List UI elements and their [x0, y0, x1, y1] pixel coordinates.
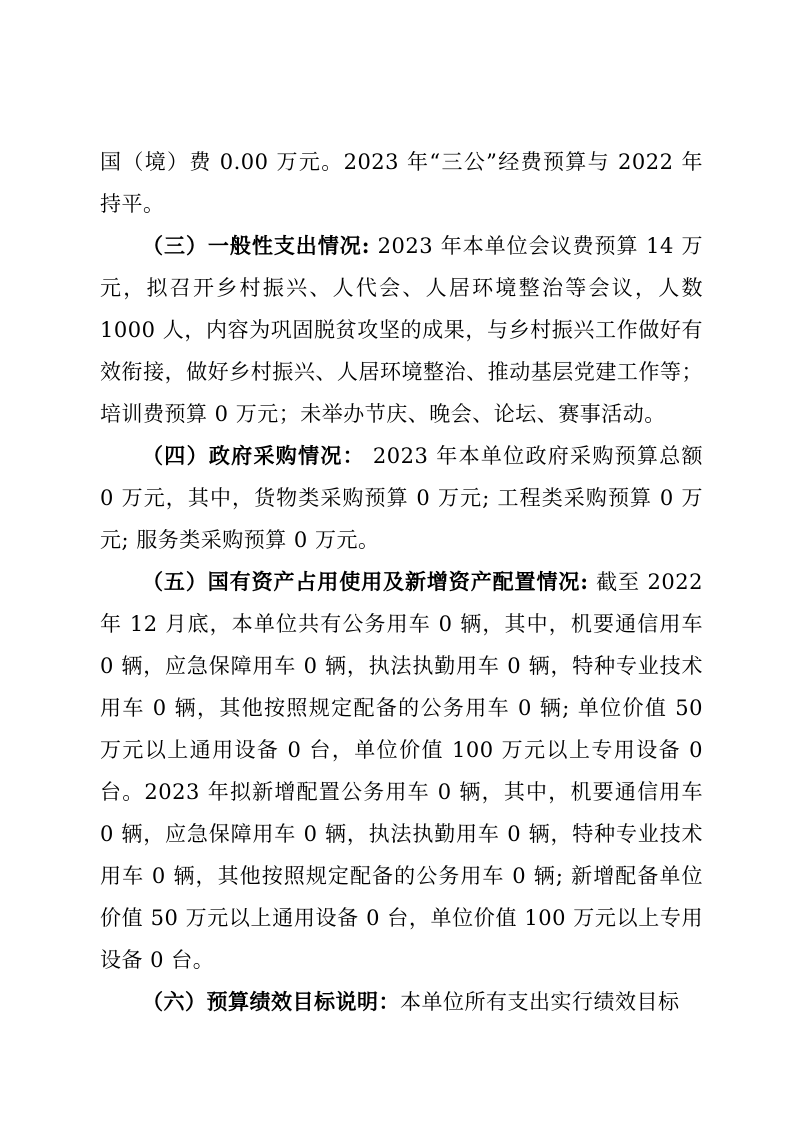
document-page: 国（境）费 0.00 万元。2023 年“三公”经费预算与 2022 年持平。（…	[0, 0, 793, 1122]
text-run: 截至 2022 年 12 月底，本单位共有公务用车 0 辆，其中，机要通信用车 …	[100, 570, 703, 972]
text-run: 国（境）费 0.00 万元。2023 年“三公”经费预算与 2022 年持平。	[100, 150, 703, 216]
paragraph: （三）一般性支出情况: 2023 年本单位会议费预算 14 万元，拟召开乡村振兴…	[100, 225, 703, 435]
text-run: 本单位所有支出实行绩效目标	[400, 990, 680, 1014]
paragraph: 国（境）费 0.00 万元。2023 年“三公”经费预算与 2022 年持平。	[100, 141, 703, 225]
text-run: 2023 年本单位会议费预算 14 万元，拟召开乡村振兴、人代会、人居环境整治等…	[100, 234, 703, 426]
paragraph: （五）国有资产占用使用及新增资产配置情况: 截至 2022 年 12 月底，本单…	[100, 561, 703, 981]
document-content: 国（境）费 0.00 万元。2023 年“三公”经费预算与 2022 年持平。（…	[100, 141, 703, 1023]
section-heading: （六）预算绩效目标说明：	[142, 989, 400, 1014]
paragraph: （六）预算绩效目标说明：本单位所有支出实行绩效目标	[100, 981, 703, 1023]
paragraph: （四）政府采购情况： 2023 年本单位政府采购预算总额 0 万元，其中，货物类…	[100, 435, 703, 561]
section-heading: （三）一般性支出情况:	[142, 233, 370, 258]
section-heading: （五）国有资产占用使用及新增资产配置情况:	[142, 569, 589, 594]
section-heading: （四）政府采购情况：	[142, 443, 365, 468]
